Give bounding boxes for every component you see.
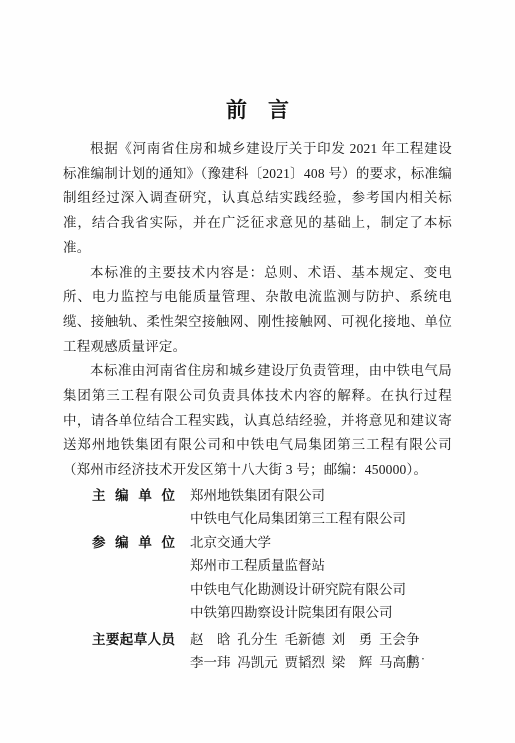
credit-row: 主编单位郑州地铁集团有限公司中铁电气化局集团第三工程有限公司	[63, 484, 452, 531]
paragraph: 本标准的主要技术内容是：总则、术语、基本规定、变电所、电力监控与电能质量管理、杂…	[63, 261, 452, 360]
paragraph: 根据《河南省住房和城乡建设厅关于印发 2021 年工程建设标准编制计划的通知》（…	[63, 137, 452, 261]
credit-row: 主要起草人员赵 晗 孔分生 毛新德 刘 勇 王会争李一玮 冯凯元 贾韬烈 梁 辉…	[63, 628, 452, 675]
credit-lines: 北京交通大学郑州市工程质量监督站中铁电气化勘测设计研究院有限公司中铁第四勘察设计…	[190, 531, 452, 625]
page-number: · 1 ·	[396, 651, 427, 667]
credit-role-label: 主编单位	[92, 484, 175, 531]
document-page: 前 言 根据《河南省住房和城乡建设厅关于印发 2021 年工程建设标准编制计划的…	[0, 0, 515, 743]
credit-line: 中铁第四勘察设计院集团有限公司	[190, 601, 452, 625]
credit-line: 北京交通大学	[190, 531, 452, 555]
paragraph: 本标准由河南省住房和城乡建设厅负责管理，由中铁电气局集团第三工程有限公司负责具体…	[63, 359, 452, 483]
credit-line: 中铁电气化勘测设计研究院有限公司	[190, 578, 452, 602]
credit-line: 赵 晗 孔分生 毛新德 刘 勇 王会争	[190, 628, 452, 652]
credit-row: 参编单位北京交通大学郑州市工程质量监督站中铁电气化勘测设计研究院有限公司中铁第四…	[63, 531, 452, 625]
credit-role-label: 参编单位	[92, 531, 175, 625]
credit-line: 中铁电气化局集团第三工程有限公司	[190, 507, 452, 531]
credit-lines: 郑州地铁集团有限公司中铁电气化局集团第三工程有限公司	[190, 484, 452, 531]
credit-line: 郑州地铁集团有限公司	[190, 484, 452, 508]
credits-section: 主编单位郑州地铁集团有限公司中铁电气化局集团第三工程有限公司参编单位北京交通大学…	[63, 484, 452, 675]
page-title: 前 言	[63, 97, 452, 125]
credit-line: 郑州市工程质量监督站	[190, 554, 452, 578]
preface-body: 根据《河南省住房和城乡建设厅关于印发 2021 年工程建设标准编制计划的通知》（…	[63, 137, 452, 483]
credit-role-label: 主要起草人员	[92, 628, 175, 675]
